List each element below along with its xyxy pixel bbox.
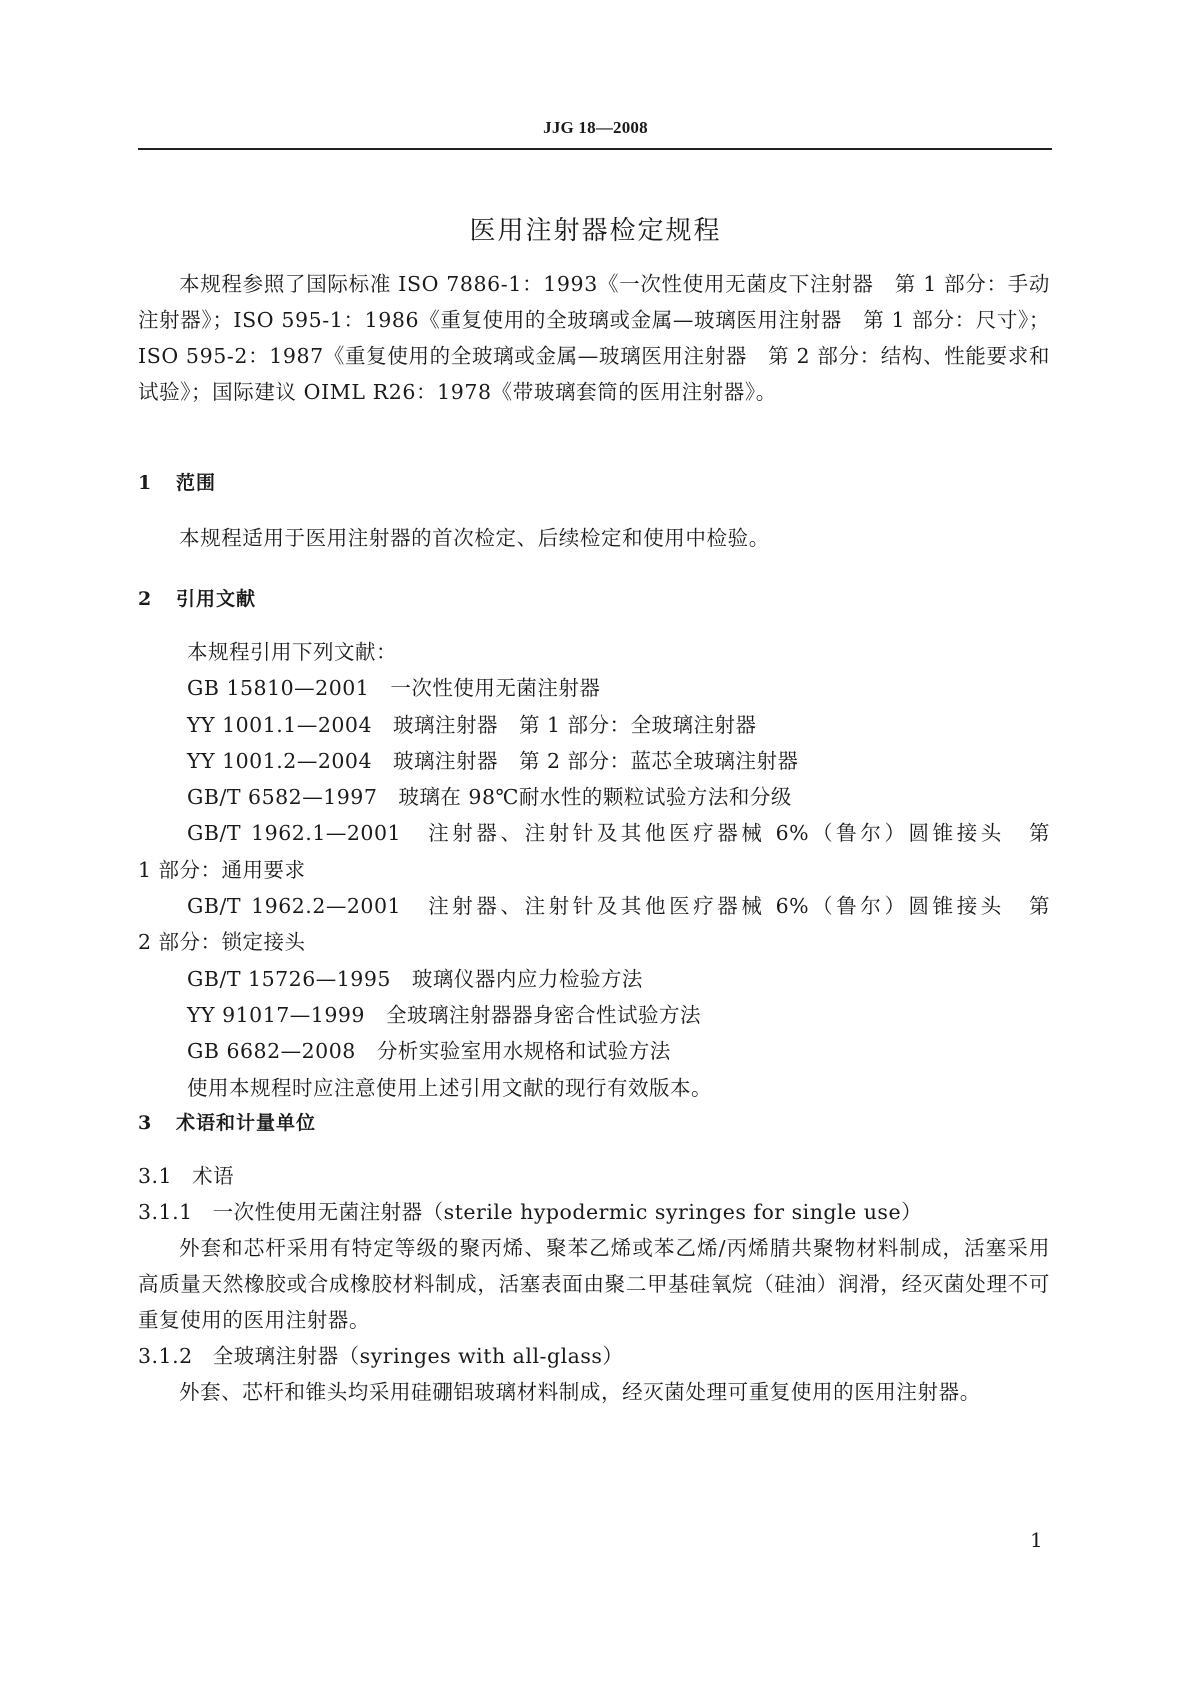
reference-code: GB 15810—2001 [187, 676, 369, 700]
term-number: 3.1.1 [138, 1194, 193, 1230]
reference-item: GB 6682—2008 分析实验室用水规格和试验方法 [138, 1033, 1050, 1069]
reference-item: YY 1001.2—2004 玻璃注射器 第 2 部分：蓝芯全玻璃注射器 [138, 743, 1050, 779]
reference-item: GB/T 1962.2—2001 注射器、注射针及其他医疗器械 6%（鲁尔）圆锥… [138, 888, 1050, 961]
term-heading-3-1-2: 3.1.2全玻璃注射器（syringes with all-glass） [138, 1338, 1050, 1374]
reference-item: GB/T 6582—1997 玻璃在 98℃耐水性的颗粒试验方法和分级 [138, 779, 1050, 815]
reference-code: GB 6682—2008 [187, 1039, 356, 1063]
reference-code: YY 91017—1999 [187, 1003, 365, 1027]
term-number: 3.1.2 [138, 1338, 193, 1374]
foreword: 本规程参照了国际标准 ISO 7886-1：1993《一次性使用无菌皮下注射器 … [138, 266, 1050, 410]
section-title: 术语和计量单位 [176, 1112, 316, 1134]
scope-paragraph: 本规程适用于医用注射器的首次检定、后续检定和使用中检验。 [138, 520, 1050, 556]
subsection-heading-3-1: 3.1术语 [138, 1158, 1050, 1194]
section-heading-1: 1范围 [138, 468, 216, 495]
reference-continuation: 2 部分：锁定接头 [138, 930, 306, 954]
term-name: 一次性使用无菌注射器（sterile hypodermic syringes f… [213, 1200, 922, 1224]
reference-title: 玻璃仪器内应力检验方法 [412, 967, 643, 991]
reference-title: 玻璃注射器 第 2 部分：蓝芯全玻璃注射器 [393, 749, 799, 773]
section-number: 1 [138, 472, 176, 494]
reference-title: 分析实验室用水规格和试验方法 [377, 1039, 671, 1063]
reference-title: 注射器、注射针及其他医疗器械 6%（鲁尔）圆锥接头 第 [428, 821, 1050, 845]
reference-item: GB/T 1962.1—2001 注射器、注射针及其他医疗器械 6%（鲁尔）圆锥… [138, 815, 1050, 888]
reference-code: GB/T 1962.2—2001 [187, 894, 401, 918]
subsection-title: 术语 [192, 1164, 234, 1188]
reference-code: GB/T 1962.1—2001 [187, 821, 401, 845]
subsection-number: 3.1 [138, 1158, 172, 1194]
section-heading-3: 3术语和计量单位 [138, 1108, 316, 1135]
reference-item: GB 15810—2001 一次性使用无菌注射器 [138, 670, 1050, 706]
references-closing: 使用本规程时应注意使用上述引用文献的现行有效版本。 [138, 1070, 1050, 1106]
term-definition: 外套和芯杆采用有特定等级的聚丙烯、聚苯乙烯或苯乙烯/丙烯腈共聚物材料制成，活塞采… [138, 1230, 1050, 1338]
references-intro: 本规程引用下列文献： [138, 634, 1050, 670]
references-list: 本规程引用下列文献： GB 15810—2001 一次性使用无菌注射器 YY 1… [138, 634, 1050, 1106]
reference-title: 玻璃注射器 第 1 部分：全玻璃注射器 [393, 713, 757, 737]
section-1-body: 本规程适用于医用注射器的首次检定、后续检定和使用中检验。 [138, 520, 1050, 556]
reference-code: YY 1001.1—2004 [187, 713, 372, 737]
section-number: 2 [138, 588, 176, 610]
section-number: 3 [138, 1112, 176, 1134]
page-number: 1 [1030, 1528, 1043, 1552]
reference-title: 玻璃在 98℃耐水性的颗粒试验方法和分级 [398, 785, 792, 809]
header-rule [138, 148, 1052, 150]
reference-item: YY 1001.1—2004 玻璃注射器 第 1 部分：全玻璃注射器 [138, 707, 1050, 743]
term-definition: 外套、芯杆和锥头均采用硅硼铝玻璃材料制成，经灭菌处理可重复使用的医用注射器。 [138, 1374, 1050, 1410]
section-3-body: 3.1术语 3.1.1一次性使用无菌注射器（sterile hypodermic… [138, 1158, 1050, 1410]
reference-continuation: 1 部分：通用要求 [138, 858, 306, 882]
section-heading-2: 2引用文献 [138, 584, 256, 611]
reference-code: YY 1001.2—2004 [187, 749, 372, 773]
reference-title: 全玻璃注射器器身密合性试验方法 [386, 1003, 701, 1027]
reference-title: 一次性使用无菌注射器 [390, 676, 600, 700]
section-title: 引用文献 [176, 588, 256, 610]
term-heading-3-1-1: 3.1.1一次性使用无菌注射器（sterile hypodermic syrin… [138, 1194, 1050, 1230]
reference-item: GB/T 15726—1995 玻璃仪器内应力检验方法 [138, 961, 1050, 997]
reference-code: GB/T 15726—1995 [187, 967, 391, 991]
reference-item: YY 91017—1999 全玻璃注射器器身密合性试验方法 [138, 997, 1050, 1033]
reference-title: 注射器、注射针及其他医疗器械 6%（鲁尔）圆锥接头 第 [428, 894, 1050, 918]
reference-code: GB/T 6582—1997 [187, 785, 377, 809]
term-name: 全玻璃注射器（syringes with all-glass） [213, 1344, 624, 1368]
page-header-standard-code: JJG 18—2008 [0, 118, 1191, 138]
section-title: 范围 [176, 472, 216, 494]
foreword-paragraph: 本规程参照了国际标准 ISO 7886-1：1993《一次性使用无菌皮下注射器 … [138, 266, 1050, 410]
document-title: 医用注射器检定规程 [0, 210, 1191, 247]
